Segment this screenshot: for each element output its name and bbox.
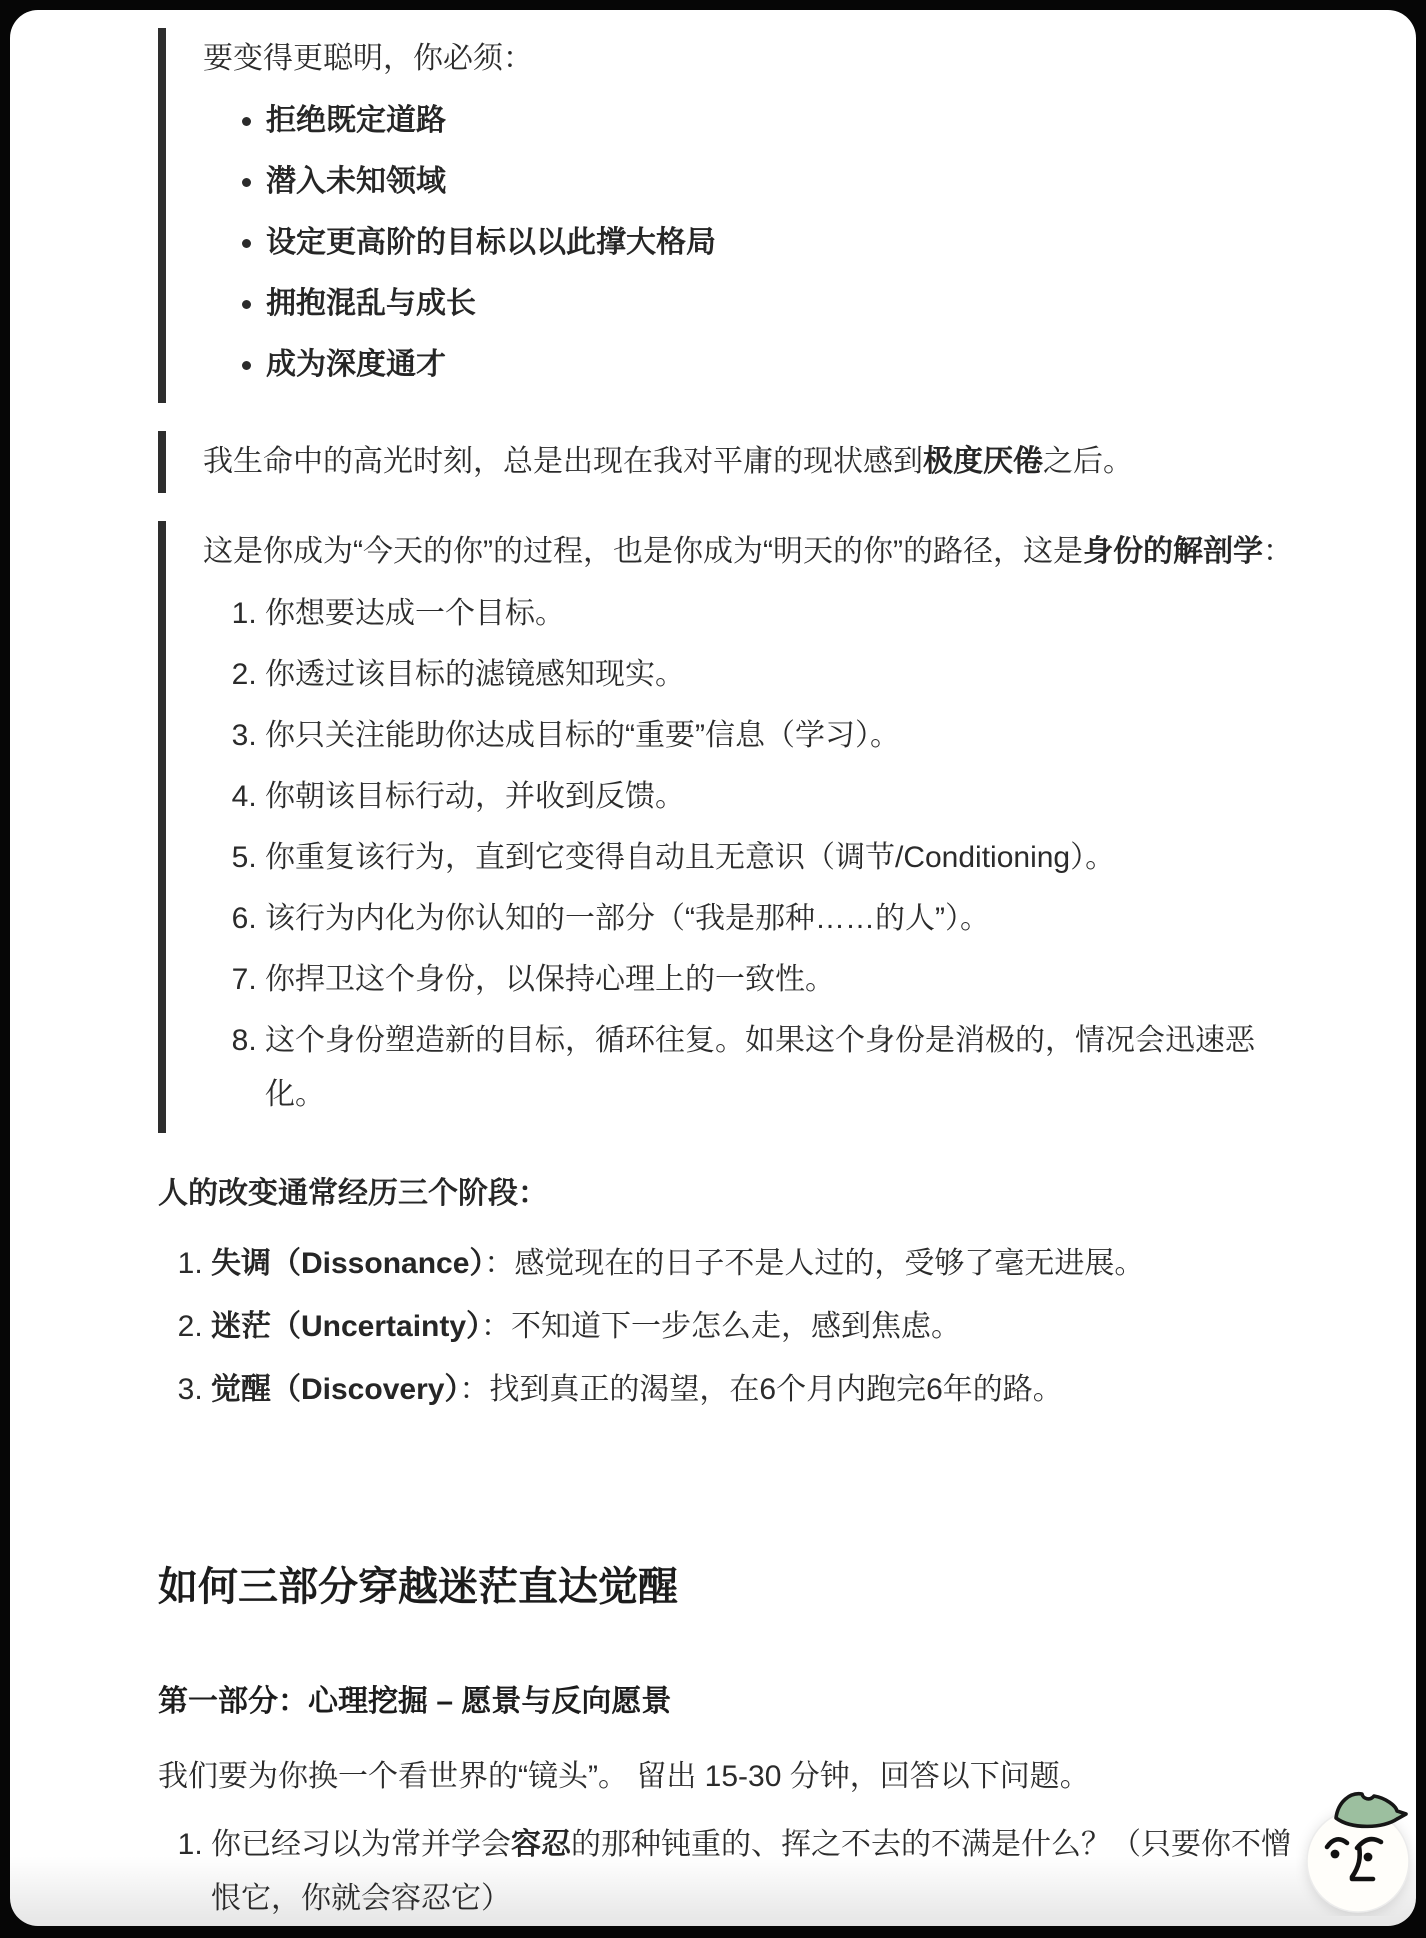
leaf-face-mascot-icon bbox=[1296, 1782, 1416, 1916]
questions-list: 你已经习以为常并学会容忍的那种钝重的、挥之不去的不满是什么？（只要你不憎恨它，你… bbox=[158, 1818, 1304, 1926]
stages-heading: 人的改变通常经历三个阶段： bbox=[158, 1167, 1304, 1221]
list-item: 潜入未知领域 bbox=[266, 155, 1304, 209]
list-item: 你捍卫这个身份，以保持心理上的一致性。 bbox=[265, 953, 1304, 1007]
bullet-text: 设定更高阶的目标以以此撑大格局 bbox=[266, 226, 716, 259]
document-content: 要变得更聪明，你必须： 拒绝既定道路 潜入未知领域 设定更高阶的目标以以此撑大格… bbox=[158, 28, 1304, 1926]
leaf-icon bbox=[1336, 1794, 1406, 1827]
stage-term: 迷茫（Uncertainty） bbox=[211, 1310, 481, 1343]
stage-desc: ：找到真正的渴望，在6个月内跑完6年的路。 bbox=[459, 1373, 1062, 1406]
quote-intro-text: 这是你成为“今天的你”的过程，也是你成为“明天的你”的路径，这是身份的解剖学： bbox=[203, 525, 1304, 579]
list-item: 觉醒（Discovery）：找到真正的渴望，在6个月内跑完6年的路。 bbox=[211, 1363, 1304, 1417]
stage-desc: ：感觉现在的日子不是人过的，受够了毫无进展。 bbox=[484, 1247, 1144, 1280]
list-item: 这个身份塑造新的目标，循环往复。如果这个身份是消极的，情况会迅速恶化。 bbox=[265, 1014, 1304, 1122]
stage-desc: ：不知道下一步怎么走，感到焦虑。 bbox=[481, 1310, 961, 1343]
question-text-bold: 容忍 bbox=[511, 1828, 571, 1861]
quote-text: 我生命中的高光时刻，总是出现在我对平庸的现状感到极度厌倦之后。 bbox=[203, 435, 1304, 489]
list-item: 你只关注能助你达成目标的“重要”信息（学习）。 bbox=[265, 709, 1304, 763]
blockquote-identity-anatomy: 这是你成为“今天的你”的过程，也是你成为“明天的你”的路径，这是身份的解剖学： … bbox=[158, 521, 1304, 1133]
list-item: 你朝该目标行动，并收到反馈。 bbox=[265, 770, 1304, 824]
quote-text-bold: 身份的解剖学 bbox=[1083, 535, 1263, 568]
list-item: 拒绝既定道路 bbox=[266, 94, 1304, 148]
question-text-regular: 你已经习以为常并学会 bbox=[211, 1828, 511, 1861]
stage-term: 觉醒（Discovery） bbox=[211, 1373, 459, 1406]
list-item: 设定更高阶的目标以以此撑大格局 bbox=[266, 216, 1304, 270]
stages-list: 失调（Dissonance）：感觉现在的日子不是人过的，受够了毫无进展。 迷茫（… bbox=[158, 1237, 1304, 1417]
list-item: 失调（Dissonance）：感觉现在的日子不是人过的，受够了毫无进展。 bbox=[211, 1237, 1304, 1291]
bullet-text: 拒绝既定道路 bbox=[266, 104, 446, 137]
quote-intro-text: 要变得更聪明，你必须： bbox=[203, 32, 1304, 86]
identity-steps-list: 你想要达成一个目标。 你透过该目标的滤镜感知现实。 你只关注能助你达成目标的“重… bbox=[203, 587, 1304, 1122]
quote-text-regular: 这是你成为“今天的你”的过程，也是你成为“明天的你”的路径，这是 bbox=[203, 535, 1083, 568]
mascot-logo-badge bbox=[1296, 1782, 1416, 1916]
quote-text-bold: 极度厌倦 bbox=[923, 445, 1043, 478]
blockquote-highlight-moments: 我生命中的高光时刻，总是出现在我对平庸的现状感到极度厌倦之后。 bbox=[158, 431, 1304, 493]
bullet-text: 成为深度通才 bbox=[266, 348, 446, 381]
list-item: 该行为内化为你认知的一部分（“我是那种……的人”）。 bbox=[265, 892, 1304, 946]
blockquote-get-smarter: 要变得更聪明，你必须： 拒绝既定道路 潜入未知领域 设定更高阶的目标以以此撑大格… bbox=[158, 28, 1304, 403]
bullet-text: 拥抱混乱与成长 bbox=[266, 287, 476, 320]
stage-term: 失调（Dissonance） bbox=[211, 1247, 484, 1280]
list-item: 迷茫（Uncertainty）：不知道下一步怎么走，感到焦虑。 bbox=[211, 1300, 1304, 1354]
left-eye bbox=[1331, 1850, 1340, 1859]
quote-text-regular: 我生命中的高光时刻，总是出现在我对平庸的现状感到 bbox=[203, 445, 923, 478]
list-item: 你想要达成一个目标。 bbox=[265, 587, 1304, 641]
section-title: 如何三部分穿越迷茫直达觉醒 bbox=[158, 1559, 1304, 1615]
quote-text-regular: ： bbox=[1263, 535, 1293, 568]
right-eye bbox=[1364, 1853, 1373, 1862]
smarter-bullet-list: 拒绝既定道路 潜入未知领域 设定更高阶的目标以以此撑大格局 拥抱混乱与成长 成为… bbox=[203, 94, 1304, 392]
list-item: 成为深度通才 bbox=[266, 338, 1304, 392]
list-item: 你透过该目标的滤镜感知现实。 bbox=[265, 648, 1304, 702]
list-item: 你重复该行为，直到它变得自动且无意识（调节/Conditioning）。 bbox=[265, 831, 1304, 885]
section-lead: 我们要为你换一个看世界的“镜头”。 留出 15-30 分钟，回答以下问题。 bbox=[158, 1750, 1304, 1804]
bullet-text: 潜入未知领域 bbox=[266, 165, 446, 198]
quote-text-regular: 之后。 bbox=[1043, 445, 1133, 478]
list-item: 拥抱混乱与成长 bbox=[266, 277, 1304, 331]
document-page: 要变得更聪明，你必须： 拒绝既定道路 潜入未知领域 设定更高阶的目标以以此撑大格… bbox=[10, 10, 1416, 1926]
subsection-title: 第一部分：心理挖掘 – 愿景与反向愿景 bbox=[158, 1679, 1304, 1724]
list-item: 你已经习以为常并学会容忍的那种钝重的、挥之不去的不满是什么？（只要你不憎恨它，你… bbox=[211, 1818, 1304, 1926]
